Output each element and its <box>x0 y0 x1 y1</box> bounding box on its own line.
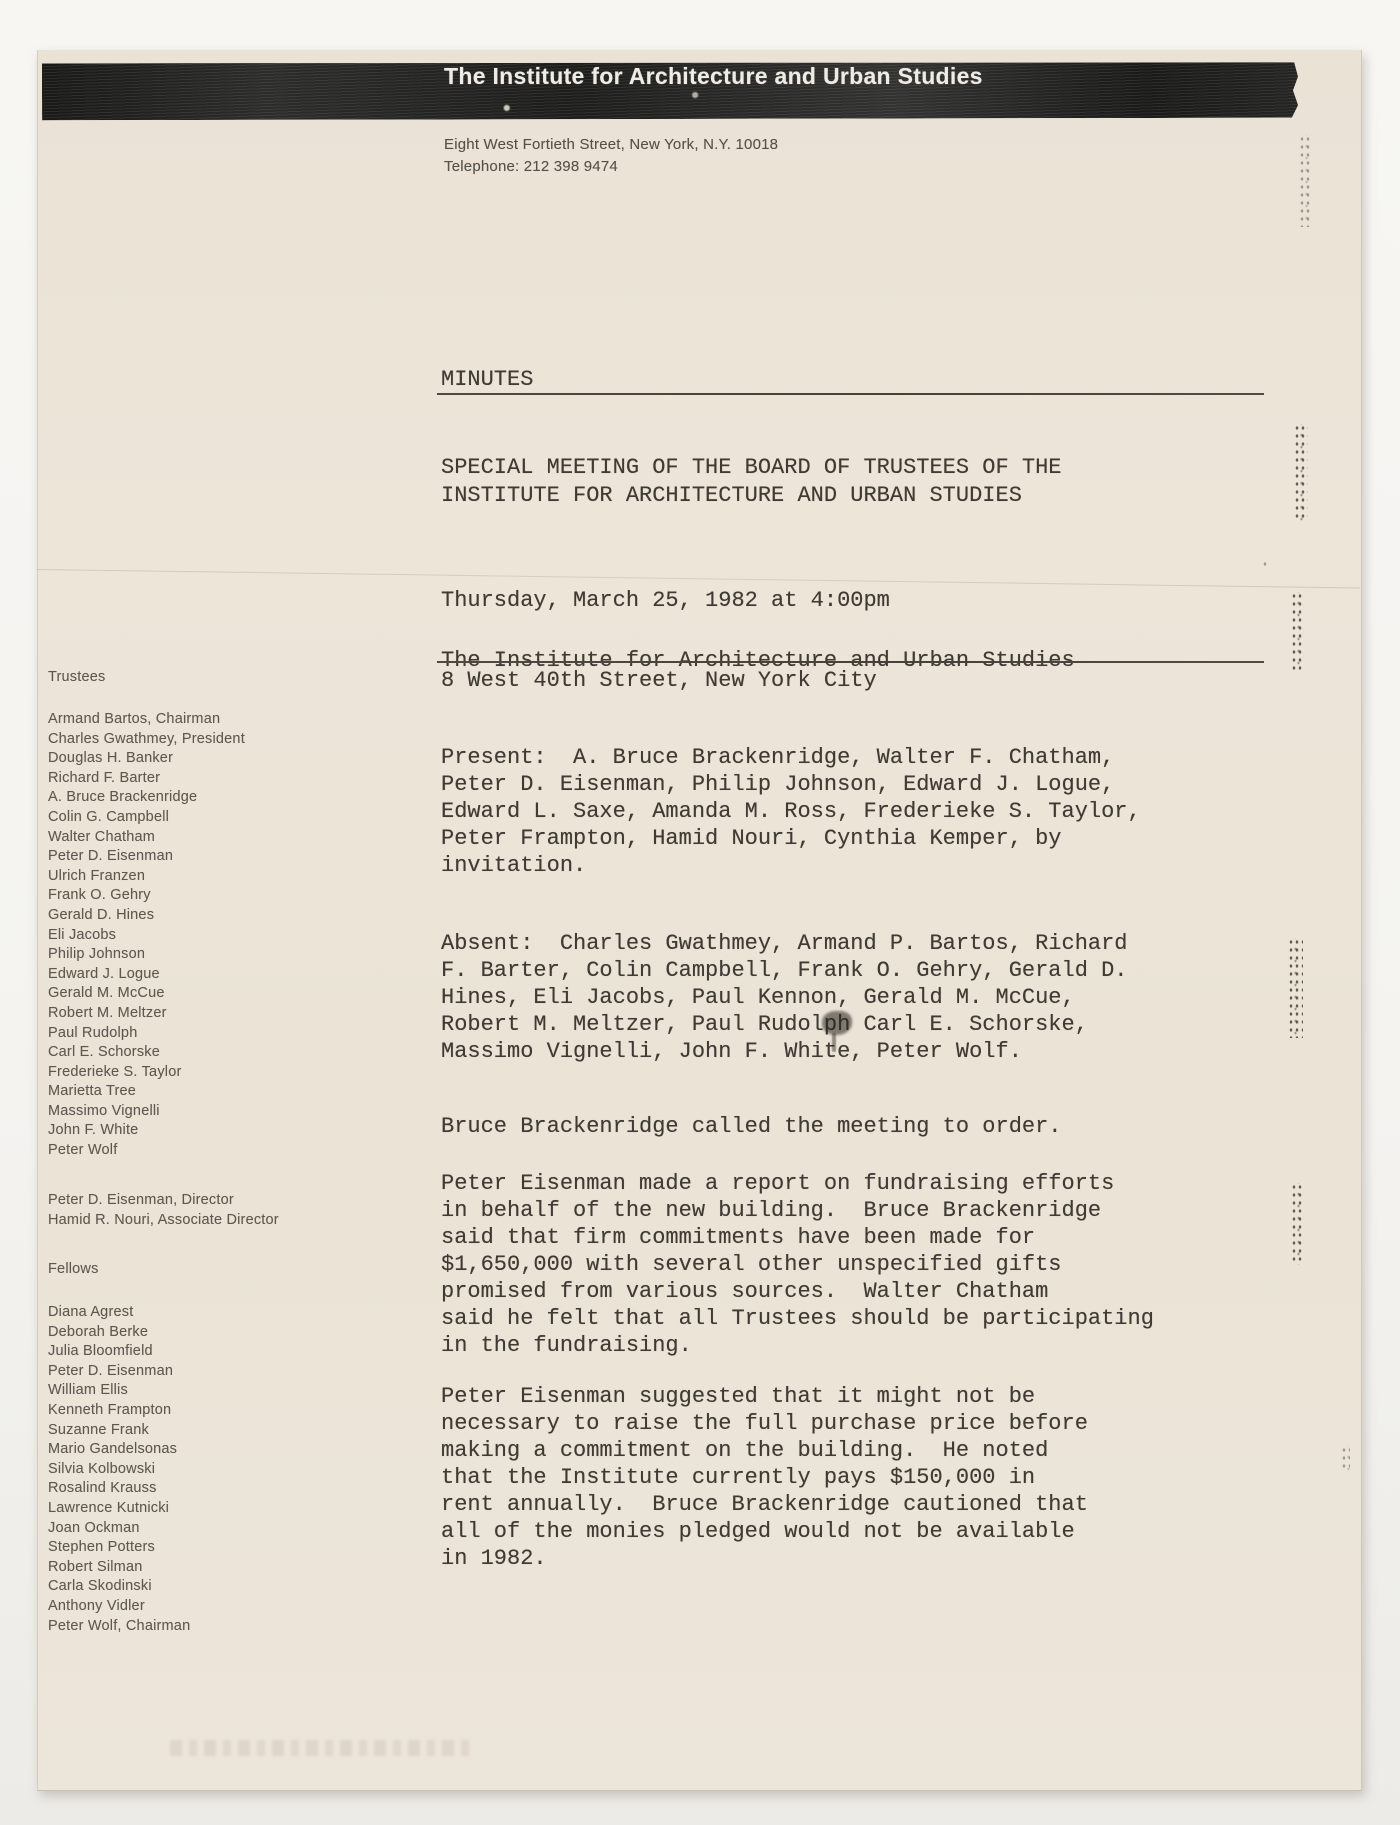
trustee-name: Richard F. Barter <box>48 769 245 789</box>
toner-specks <box>1299 135 1310 227</box>
org-title: The Institute for Architecture and Urban… <box>444 62 983 90</box>
fellow-name: Kenneth Frampton <box>48 1401 190 1421</box>
absent-line: Massimo Vignelli, John F. White, Peter W… <box>441 1038 1128 1065</box>
purchase-line: all of the monies pledged would not be a… <box>441 1518 1088 1545</box>
trustee-name: A. Bruce Brackenridge <box>48 788 245 808</box>
trustee-name: Colin G. Campbell <box>48 808 245 828</box>
purchase-line: making a commitment on the building. He … <box>441 1437 1088 1464</box>
fellow-name: Peter Wolf, Chairman <box>48 1617 190 1637</box>
fundraising-line: in behalf of the new building. Bruce Bra… <box>441 1197 1154 1224</box>
absent-line: F. Barter, Colin Campbell, Frank O. Gehr… <box>441 957 1128 984</box>
trustee-name: Peter D. Eisenman <box>48 847 245 867</box>
toner-specks <box>1294 424 1308 522</box>
trustee-name: Gerald D. Hines <box>48 906 245 926</box>
trustees-heading: Trustees <box>48 668 105 688</box>
fellows-heading: Fellows <box>48 1260 99 1280</box>
fundraising-line: $1,650,000 with several other unspecifie… <box>441 1251 1154 1278</box>
trustee-name: Armand Bartos, Chairman <box>48 710 245 730</box>
purchase-line: rent annually. Bruce Brackenridge cautio… <box>441 1491 1088 1518</box>
fellow-name: Robert Silman <box>48 1558 190 1578</box>
trustee-name: Frank O. Gehry <box>48 886 245 906</box>
trustee-name: Carl E. Schorske <box>48 1043 245 1063</box>
fellow-name: William Ellis <box>48 1381 190 1401</box>
minutes-underline <box>437 393 1264 395</box>
ghost-showthrough <box>170 1740 470 1756</box>
trustee-name: Edward J. Logue <box>48 965 245 985</box>
minutes-label: MINUTES <box>441 366 533 393</box>
trustee-name: Charles Gwathmey, President <box>48 730 245 750</box>
trustee-name: Robert M. Meltzer <box>48 1004 245 1024</box>
fellow-name: Silvia Kolbowski <box>48 1460 190 1480</box>
present-line: Peter Frampton, Hamid Nouri, Cynthia Kem… <box>441 825 1141 852</box>
trustee-name: Massimo Vignelli <box>48 1102 245 1122</box>
purchase-line: that the Institute currently pays $150,0… <box>441 1464 1088 1491</box>
toner-speck-dot <box>1262 560 1268 568</box>
absent-line: Absent: Charles Gwathmey, Armand P. Bart… <box>441 930 1128 957</box>
toner-specks <box>1341 1446 1350 1470</box>
trustee-name: Philip Johnson <box>48 945 245 965</box>
meeting-title: SPECIAL MEETING OF THE BOARD OF TRUSTEES… <box>441 454 1062 509</box>
scanned-document: The Institute for Architecture and Urban… <box>0 0 1400 1825</box>
fellow-name: Peter D. Eisenman <box>48 1362 190 1382</box>
trustee-name: Paul Rudolph <box>48 1024 245 1044</box>
fellow-name: Joan Ockman <box>48 1519 190 1539</box>
toner-specks <box>1291 1183 1304 1265</box>
fundraising-line: Peter Eisenman made a report on fundrais… <box>441 1170 1154 1197</box>
fellow-name: Mario Gandelsonas <box>48 1440 190 1460</box>
absent-line: Robert M. Meltzer, Paul Rudolph Carl E. … <box>441 1011 1128 1038</box>
fellow-name: Rosalind Krauss <box>48 1479 190 1499</box>
purchase-paragraph: Peter Eisenman suggested that it might n… <box>441 1383 1088 1572</box>
fellow-name: Anthony Vidler <box>48 1597 190 1617</box>
toner-specks <box>1291 592 1304 672</box>
call-to-order-line: Bruce Brackenridge called the meeting to… <box>441 1113 1062 1140</box>
present-paragraph: Present: A. Bruce Brackenridge, Walter F… <box>441 744 1141 879</box>
fundraising-line: said that firm commitments have been mad… <box>441 1224 1154 1251</box>
fellow-name: Carla Skodinski <box>48 1577 190 1597</box>
ink-smudge <box>822 1011 852 1035</box>
fellow-name: Suzanne Frank <box>48 1421 190 1441</box>
trustee-name: Frederieke S. Taylor <box>48 1063 245 1083</box>
director-name: Peter D. Eisenman, Director <box>48 1191 279 1211</box>
fundraising-line: promised from various sources. Walter Ch… <box>441 1278 1154 1305</box>
fundraising-line: said he felt that all Trustees should be… <box>441 1305 1154 1332</box>
trustee-name: John F. White <box>48 1121 245 1141</box>
fellows-list: Diana AgrestDeborah BerkeJulia Bloomfiel… <box>48 1303 190 1636</box>
fundraising-line: in the fundraising. <box>441 1332 1154 1359</box>
fellow-name: Diana Agrest <box>48 1303 190 1323</box>
fellow-name: Lawrence Kutnicki <box>48 1499 190 1519</box>
meeting-title-line: SPECIAL MEETING OF THE BOARD OF TRUSTEES… <box>441 454 1062 482</box>
trustee-name: Douglas H. Banker <box>48 749 245 769</box>
purchase-line: necessary to raise the full purchase pri… <box>441 1410 1088 1437</box>
trustee-name: Peter Wolf <box>48 1141 245 1161</box>
purchase-line: Peter Eisenman suggested that it might n… <box>441 1383 1088 1410</box>
director-name: Hamid R. Nouri, Associate Director <box>48 1211 279 1231</box>
absent-paragraph: Absent: Charles Gwathmey, Armand P. Bart… <box>441 930 1128 1065</box>
fellow-name: Stephen Potters <box>48 1538 190 1558</box>
fundraising-paragraph: Peter Eisenman made a report on fundrais… <box>441 1170 1154 1359</box>
directors-list: Peter D. Eisenman, DirectorHamid R. Nour… <box>48 1191 279 1230</box>
meeting-location: The Institute for Architecture and Urban… <box>441 651 1075 691</box>
present-line: Present: A. Bruce Brackenridge, Walter F… <box>441 744 1141 771</box>
absent-line: Hines, Eli Jacobs, Paul Kennon, Gerald M… <box>441 984 1128 1011</box>
trustee-name: Walter Chatham <box>48 828 245 848</box>
letterhead-address: Eight West Fortieth Street, New York, N.… <box>444 134 778 177</box>
meeting-location-line: 8 West 40th Street, New York City <box>441 671 1075 691</box>
fellow-name: Julia Bloomfield <box>48 1342 190 1362</box>
meeting-title-line: INSTITUTE FOR ARCHITECTURE AND URBAN STU… <box>441 482 1062 510</box>
address-line-1: Eight West Fortieth Street, New York, N.… <box>444 134 778 156</box>
trustee-name: Gerald M. McCue <box>48 984 245 1004</box>
section-rule <box>437 661 1264 663</box>
present-line: invitation. <box>441 852 1141 879</box>
toner-specks <box>1288 938 1303 1038</box>
meeting-datetime: Thursday, March 25, 1982 at 4:00pm <box>441 591 1075 611</box>
trustee-name: Eli Jacobs <box>48 926 245 946</box>
present-line: Peter D. Eisenman, Philip Johnson, Edwar… <box>441 771 1141 798</box>
trustee-name: Marietta Tree <box>48 1082 245 1102</box>
present-line: Edward L. Saxe, Amanda M. Ross, Frederie… <box>441 798 1141 825</box>
purchase-line: in 1982. <box>441 1545 1088 1572</box>
trustee-name: Ulrich Franzen <box>48 867 245 887</box>
fellow-name: Deborah Berke <box>48 1323 190 1343</box>
meeting-when-where: Thursday, March 25, 1982 at 4:00pm The I… <box>441 551 1075 731</box>
trustees-list: Armand Bartos, ChairmanCharles Gwathmey,… <box>48 710 245 1161</box>
ink-smudge-drip <box>832 1033 836 1052</box>
address-line-2: Telephone: 212 398 9474 <box>444 156 778 178</box>
